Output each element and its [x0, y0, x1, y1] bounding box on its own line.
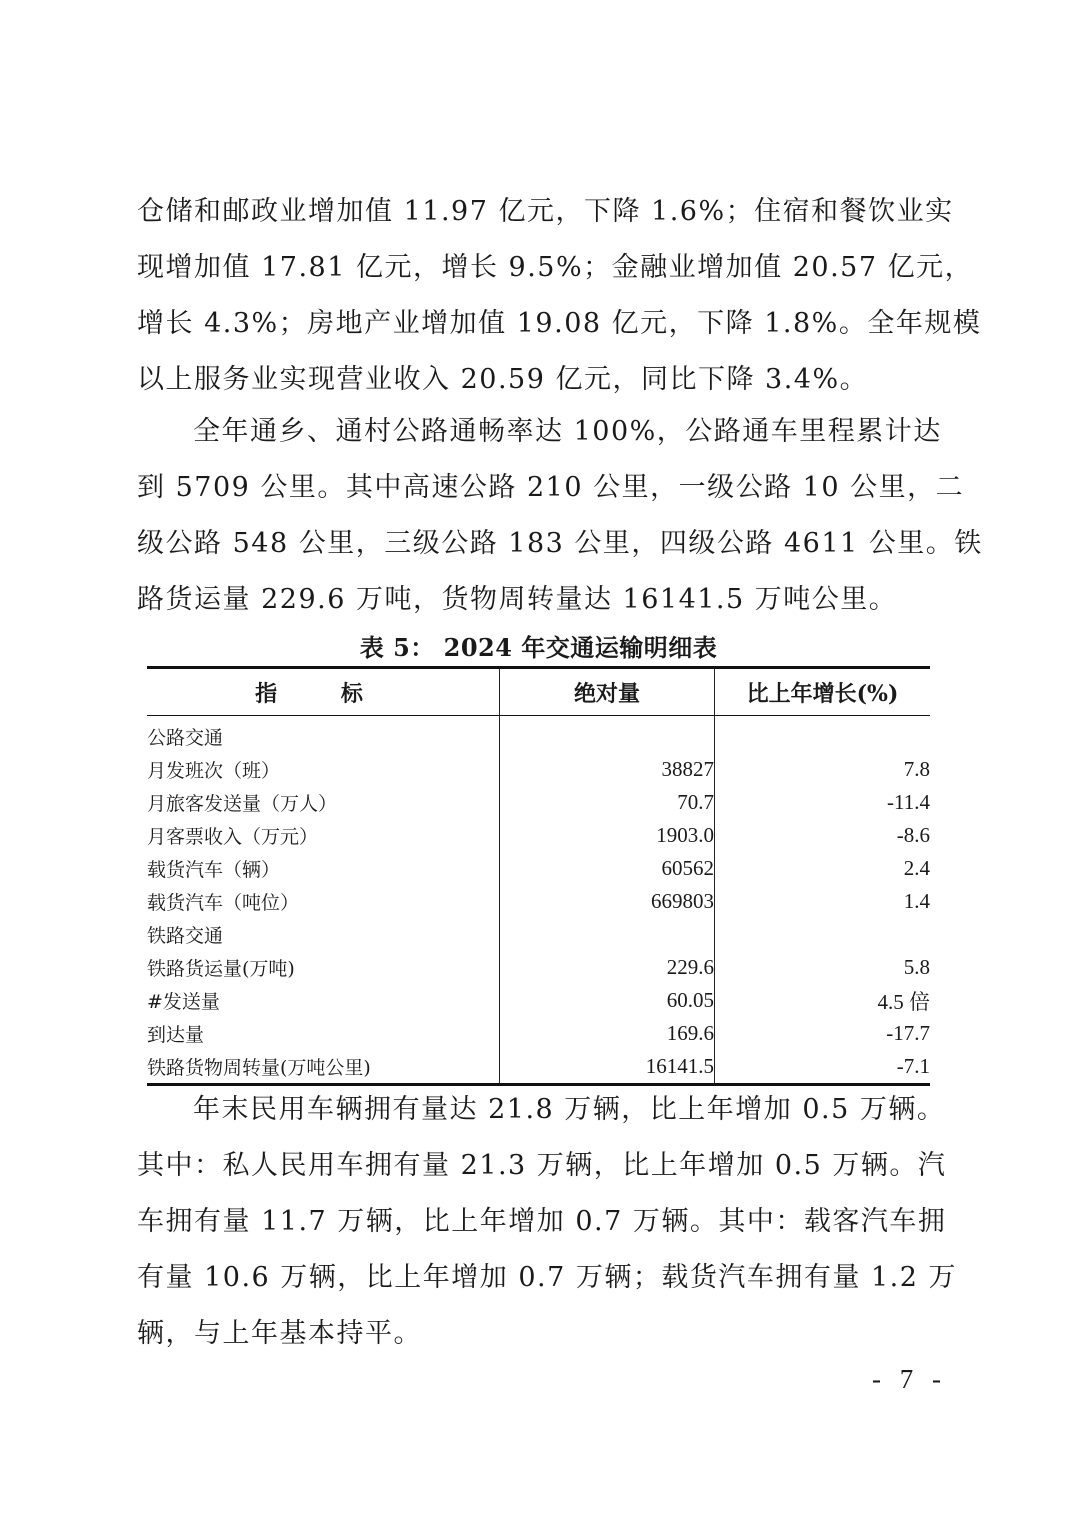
table-caption: 表 5： 2024 年交通运输明细表 — [147, 628, 930, 663]
text-line: 有量 10.6 万辆，比上年增加 0.7 万辆；载货汽车拥有量 1.2 万 — [137, 1250, 941, 1306]
row-growth: -8.6 — [715, 819, 931, 852]
row-value: 60.05 — [500, 984, 715, 1017]
row-growth — [715, 918, 931, 951]
text-line: 到 5709 公里。其中高速公路 210 公里，一级公路 10 公里，二 — [137, 460, 941, 516]
row-label: 载货汽车（辆） — [147, 852, 500, 885]
table-row: #发送量 60.05 4.5 倍 — [147, 984, 930, 1017]
text-line: 全年通乡、通村公路通畅率达 100%，公路通车里程累计达 — [137, 404, 941, 460]
row-value — [500, 918, 715, 951]
table-row: 铁路货运量(万吨) 229.6 5.8 — [147, 951, 930, 984]
text-line: 增长 4.3%；房地产业增加值 19.08 亿元，下降 1.8%。全年规模 — [137, 296, 941, 352]
text-line: 以上服务业实现营业收入 20.59 亿元，同比下降 3.4%。 — [137, 352, 941, 408]
table-row: 月发班次（班） 38827 7.8 — [147, 753, 930, 786]
text-line: 仓储和邮政业增加值 11.97 亿元，下降 1.6%；住宿和餐饮业实 — [137, 184, 941, 240]
text-line: 辆，与上年基本持平。 — [137, 1306, 941, 1362]
row-value: 38827 — [500, 753, 715, 786]
header-absolute-value: 绝对量 — [500, 668, 715, 716]
header-growth: 比上年增长(%) — [715, 668, 931, 716]
text-line: 现增加值 17.81 亿元，增长 9.5%；金融业增加值 20.57 亿元， — [137, 240, 941, 296]
paragraph-services-value-added: 仓储和邮政业增加值 11.97 亿元，下降 1.6%；住宿和餐饮业实 现增加值 … — [137, 184, 941, 408]
table-row: 月旅客发送量（万人） 70.7 -11.4 — [147, 786, 930, 819]
table-header-row: 指 标 绝对量 比上年增长(%) — [147, 668, 930, 716]
row-value: 60562 — [500, 852, 715, 885]
paragraph-vehicle-ownership: 年末民用车辆拥有量达 21.8 万辆，比上年增加 0.5 万辆。 其中：私人民用… — [137, 1082, 941, 1362]
row-growth: 1.4 — [715, 885, 931, 918]
paragraph-highway-railway: 全年通乡、通村公路通畅率达 100%，公路通车里程累计达 到 5709 公里。其… — [137, 404, 941, 628]
row-growth: -17.7 — [715, 1017, 931, 1050]
row-label: 铁路交通 — [147, 918, 500, 951]
table-row: 铁路货物周转量(万吨公里) 16141.5 -7.1 — [147, 1050, 930, 1085]
row-label: 月发班次（班） — [147, 753, 500, 786]
row-value: 669803 — [500, 885, 715, 918]
row-value — [500, 716, 715, 754]
row-label: #发送量 — [147, 984, 500, 1017]
row-label: 载货汽车（吨位） — [147, 885, 500, 918]
text-line: 年末民用车辆拥有量达 21.8 万辆，比上年增加 0.5 万辆。 — [137, 1082, 941, 1138]
row-value: 70.7 — [500, 786, 715, 819]
table-section-row: 公路交通 — [147, 716, 930, 754]
table-row: 载货汽车（吨位） 669803 1.4 — [147, 885, 930, 918]
row-label: 公路交通 — [147, 716, 500, 754]
page-number: - 7 - — [872, 1364, 947, 1395]
text-line: 路货运量 229.6 万吨，货物周转量达 16141.5 万吨公里。 — [137, 572, 941, 628]
row-label: 月旅客发送量（万人） — [147, 786, 500, 819]
header-indicator: 指 标 — [147, 668, 500, 716]
row-value: 169.6 — [500, 1017, 715, 1050]
text-line: 车拥有量 11.7 万辆，比上年增加 0.7 万辆。其中：载客汽车拥 — [137, 1194, 941, 1250]
row-value: 229.6 — [500, 951, 715, 984]
table-row: 载货汽车（辆） 60562 2.4 — [147, 852, 930, 885]
table-row: 到达量 169.6 -17.7 — [147, 1017, 930, 1050]
row-label: 到达量 — [147, 1017, 500, 1050]
text-line: 级公路 548 公里，三级公路 183 公里，四级公路 4611 公里。铁 — [137, 516, 941, 572]
row-growth — [715, 716, 931, 754]
row-growth: 7.8 — [715, 753, 931, 786]
text-line: 其中：私人民用车拥有量 21.3 万辆，比上年增加 0.5 万辆。汽 — [137, 1138, 941, 1194]
table-section-row: 铁路交通 — [147, 918, 930, 951]
row-growth: 4.5 倍 — [715, 984, 931, 1017]
table-row: 月客票收入（万元） 1903.0 -8.6 — [147, 819, 930, 852]
transport-detail-table: 指 标 绝对量 比上年增长(%) 公路交通 月发班次（班） 38827 7.8 … — [147, 666, 930, 1086]
row-growth: 2.4 — [715, 852, 931, 885]
row-growth: -7.1 — [715, 1050, 931, 1085]
row-label: 月客票收入（万元） — [147, 819, 500, 852]
row-label: 铁路货运量(万吨) — [147, 951, 500, 984]
row-value: 16141.5 — [500, 1050, 715, 1085]
row-value: 1903.0 — [500, 819, 715, 852]
row-label: 铁路货物周转量(万吨公里) — [147, 1050, 500, 1085]
row-growth: 5.8 — [715, 951, 931, 984]
row-growth: -11.4 — [715, 786, 931, 819]
